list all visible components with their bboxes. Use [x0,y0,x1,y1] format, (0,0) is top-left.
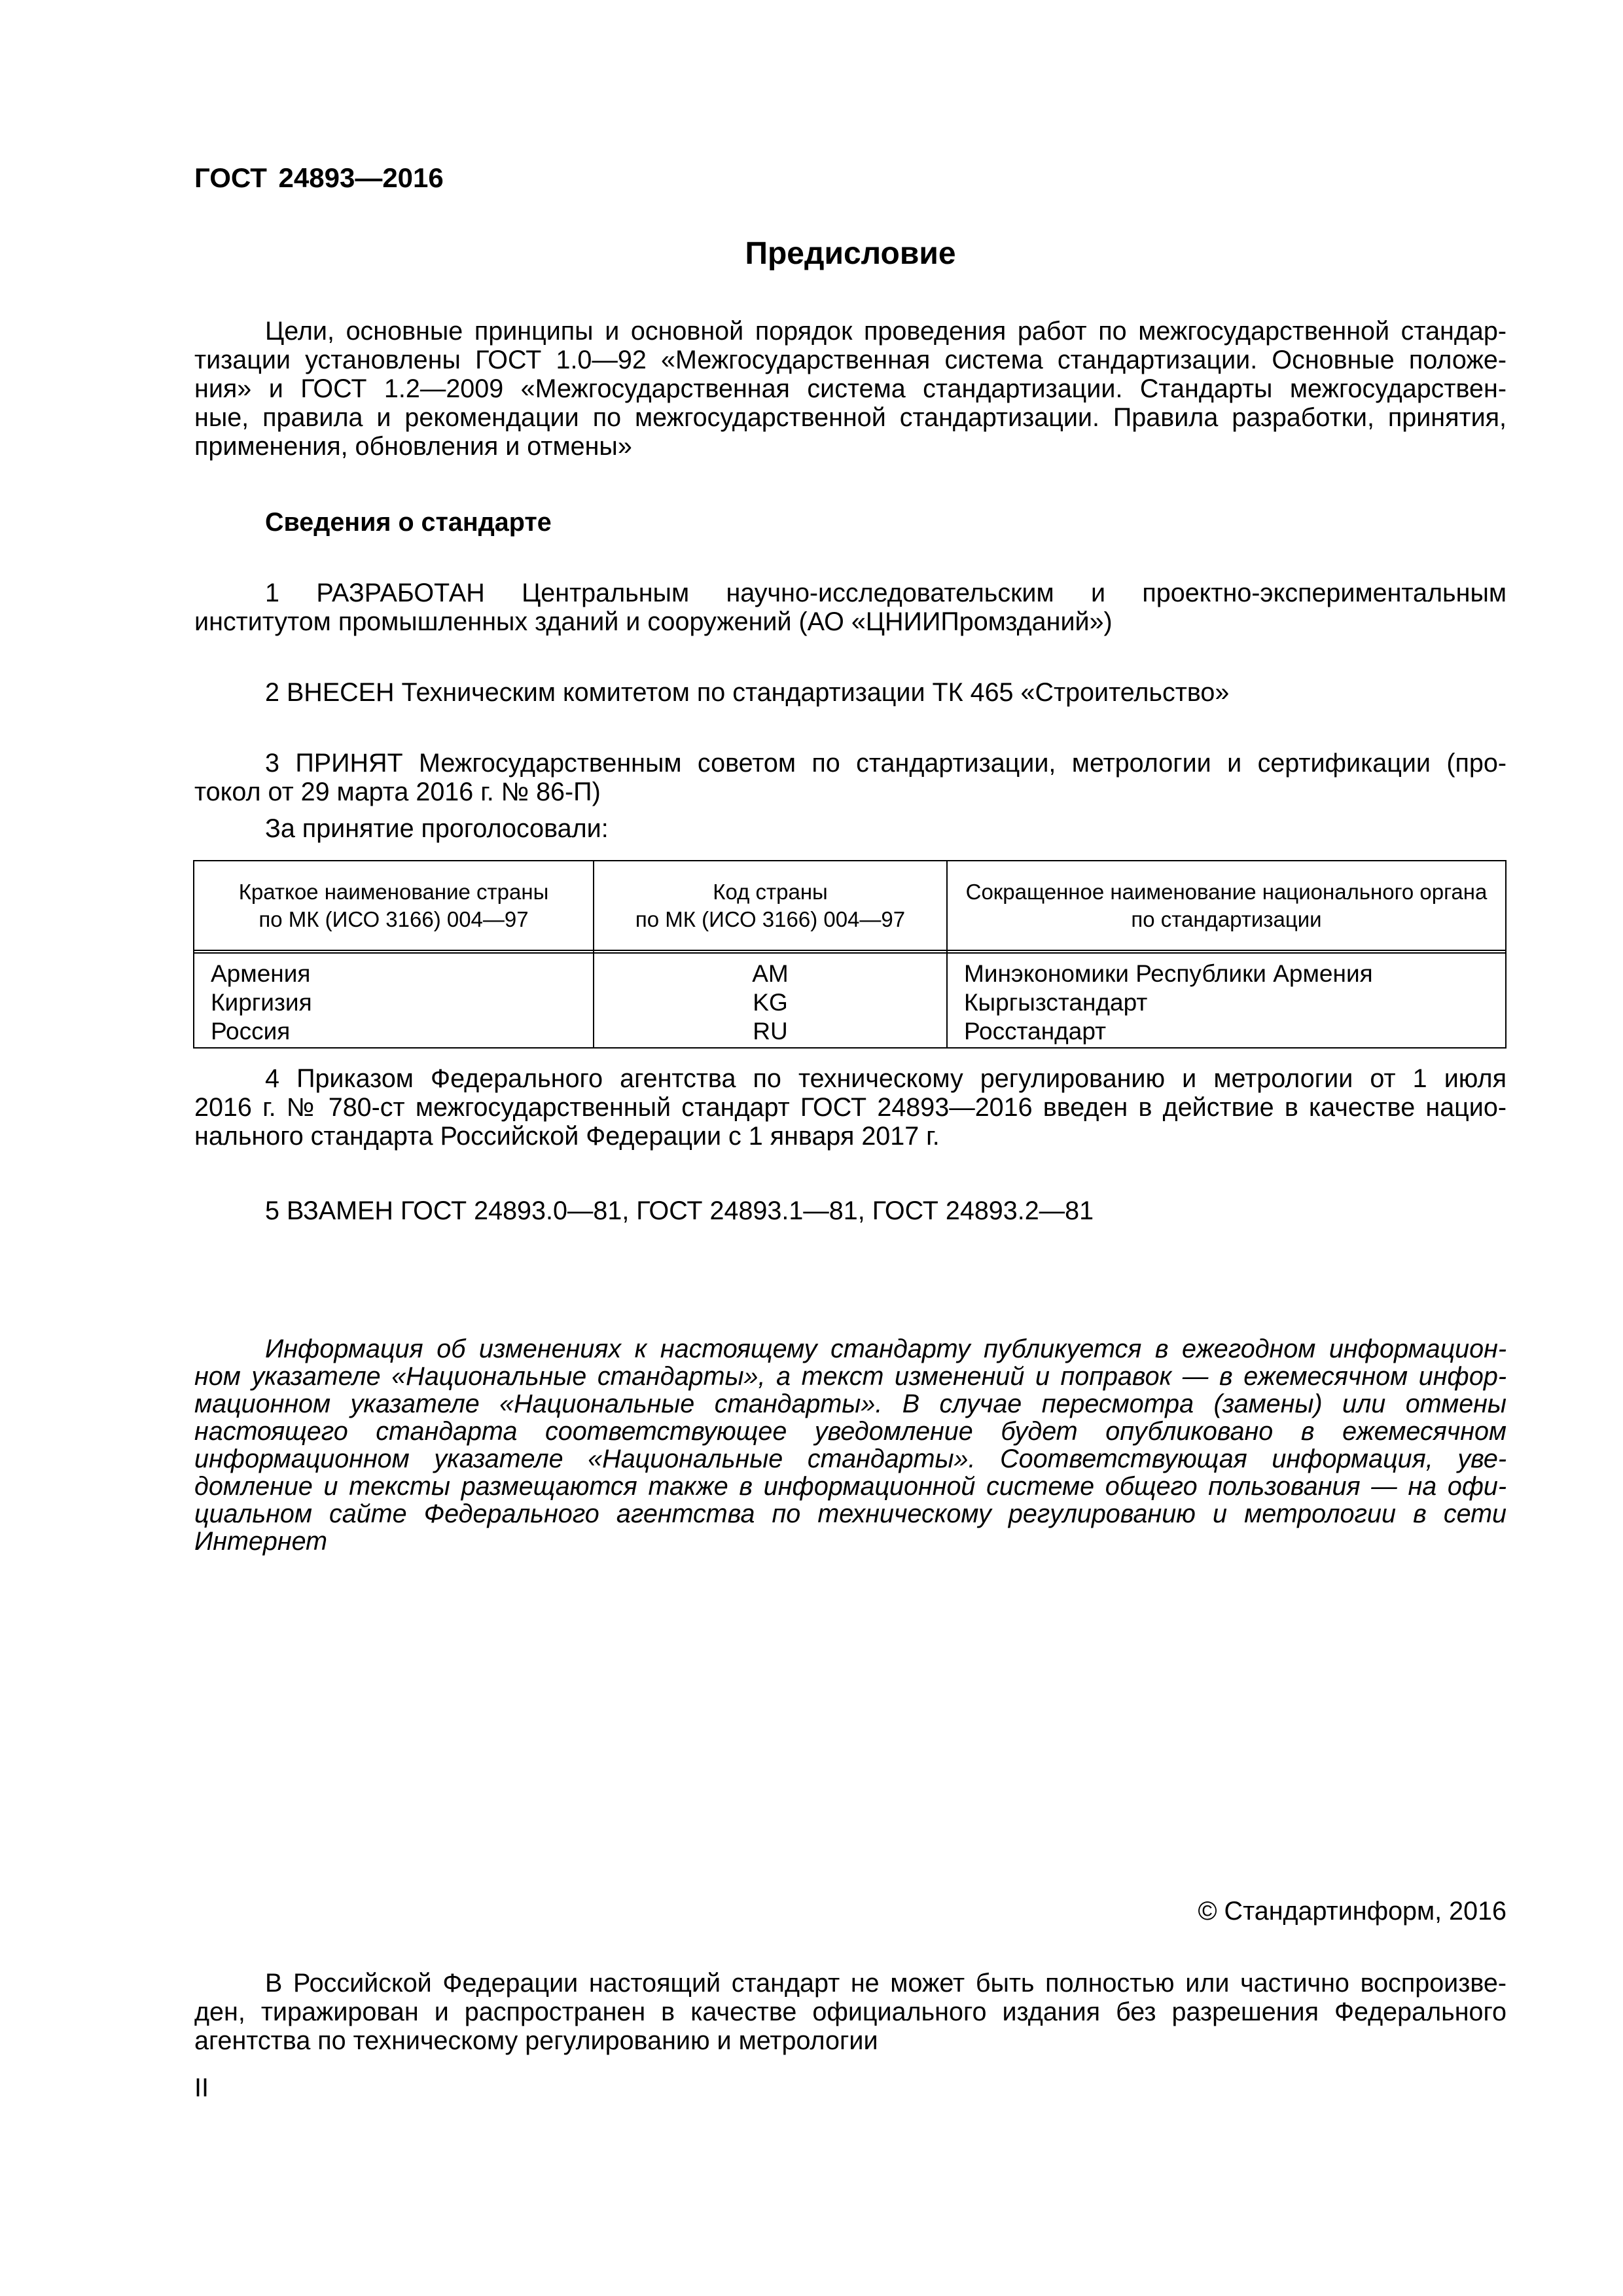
paragraph-line: нального стандарта Российской Федерации … [194,1122,1507,1151]
paragraph-line: информационном указателе «Национальные с… [194,1445,1507,1473]
table-column-code: AM KG RU [594,960,946,1046]
paragraph-line: мационном указателе «Национальные станда… [194,1390,1507,1418]
paragraph-line: 2 ВНЕСЕН Техническим комитетом по станда… [194,678,1507,707]
paragraph-line: 5 ВЗАМЕН ГОСТ 24893.0—81, ГОСТ 24893.1—8… [194,1196,1507,1225]
table-header-rule [194,952,1505,954]
paragraph-line: настоящего стандарта соответствующее уве… [194,1418,1507,1445]
standard-info-heading: Сведения о стандарте [265,508,552,537]
document-page: ГОСТ 24893—2016 Предисловие Цели, основн… [0,0,1623,2296]
table-cell: Кыргызстандарт [964,988,1501,1017]
table-cell: Росстандарт [964,1017,1501,1046]
paragraph-line: 3 ПРИНЯТ Межгосударственным советом по с… [194,749,1507,778]
table-header-code: Код страны по МК (ИСО 3166) 004—97 [594,861,946,950]
paragraph-line: токол от 29 марта 2016 г. № 86-П) [194,778,1507,806]
amendments-notice: Информация об изменениях к настоящему ст… [194,1335,1507,1555]
table-cell: KG [594,988,946,1017]
paragraph-line: ные, правила и рекомендации по межгосуда… [194,403,1507,432]
paragraph-line: 2016 г. № 780-ст межгосударственный стан… [194,1093,1507,1122]
paragraph-line: ном указателе «Национальные стандарты», … [194,1363,1507,1390]
table-cell: Киргизия [211,988,590,1017]
paragraph-line: 1 РАЗРАБОТАН Центральным научно-исследов… [194,579,1507,607]
paragraph-line: Интернет [194,1528,1507,1555]
paragraph-line: Цели, основные принципы и основной поряд… [194,317,1507,346]
table-cell: Армения [211,960,590,988]
paragraph-line: применения, обновления и отмены» [194,432,1507,461]
paragraph-line: Информация об изменениях к настоящему ст… [194,1335,1507,1363]
info-item-2: 2 ВНЕСЕН Техническим комитетом по станда… [194,678,1507,707]
info-item-3: 3 ПРИНЯТ Межгосударственным советом по с… [194,749,1507,806]
paragraph-line: 4 Приказом Федерального агентства по тех… [194,1064,1507,1093]
document-header: ГОСТ 24893—2016 [194,162,444,194]
info-item-4: 4 Приказом Федерального агентства по тех… [194,1064,1507,1151]
voting-table: Краткое наименование страны по МК (ИСО 3… [193,860,1507,1049]
table-header-rule [194,950,1505,951]
table-cell: Минэкономики Республики Армения [964,960,1501,988]
paragraph-line: циальном сайте Федерального агентства по… [194,1500,1507,1528]
table-column-national-body: Минэкономики Республики Армения Кыргызст… [964,960,1501,1046]
intro-paragraph: Цели, основные принципы и основной поряд… [194,317,1507,461]
page-title: Предисловие [194,236,1507,272]
table-cell: RU [594,1017,946,1046]
paragraph-line: домление и тексты размещаются также в ин… [194,1473,1507,1500]
paragraph-line: ния» и ГОСТ 1.2—2009 «Межгосударственная… [194,374,1507,403]
voted-label: За принятие проголосовали: [265,814,609,843]
info-item-5: 5 ВЗАМЕН ГОСТ 24893.0—81, ГОСТ 24893.1—8… [194,1196,1507,1225]
table-header-national-body: Сокращенное наименование национального о… [948,861,1505,950]
table-column-country: Армения Киргизия Россия [211,960,590,1046]
paragraph-line: ден, тиражирован и распространен в качес… [194,1998,1507,2026]
table-cell: AM [594,960,946,988]
paragraph-line: агентства по техническому регулированию … [194,2026,1507,2055]
page-number: II [194,2073,209,2102]
info-item-1: 1 РАЗРАБОТАН Центральным научно-исследов… [194,579,1507,636]
paragraph-line: В Российской Федерации настоящий стандар… [194,1969,1507,1998]
paragraph-line: институтом промышленных зданий и сооруже… [194,607,1507,636]
table-cell: Россия [211,1017,590,1046]
paragraph-line: тизации установлены ГОСТ 1.0—92 «Межгосу… [194,346,1507,374]
rights-paragraph: В Российской Федерации настоящий стандар… [194,1969,1507,2055]
copyright-notice: © Стандартинформ, 2016 [1198,1897,1507,1926]
table-header-country: Краткое наименование страны по МК (ИСО 3… [194,861,593,950]
